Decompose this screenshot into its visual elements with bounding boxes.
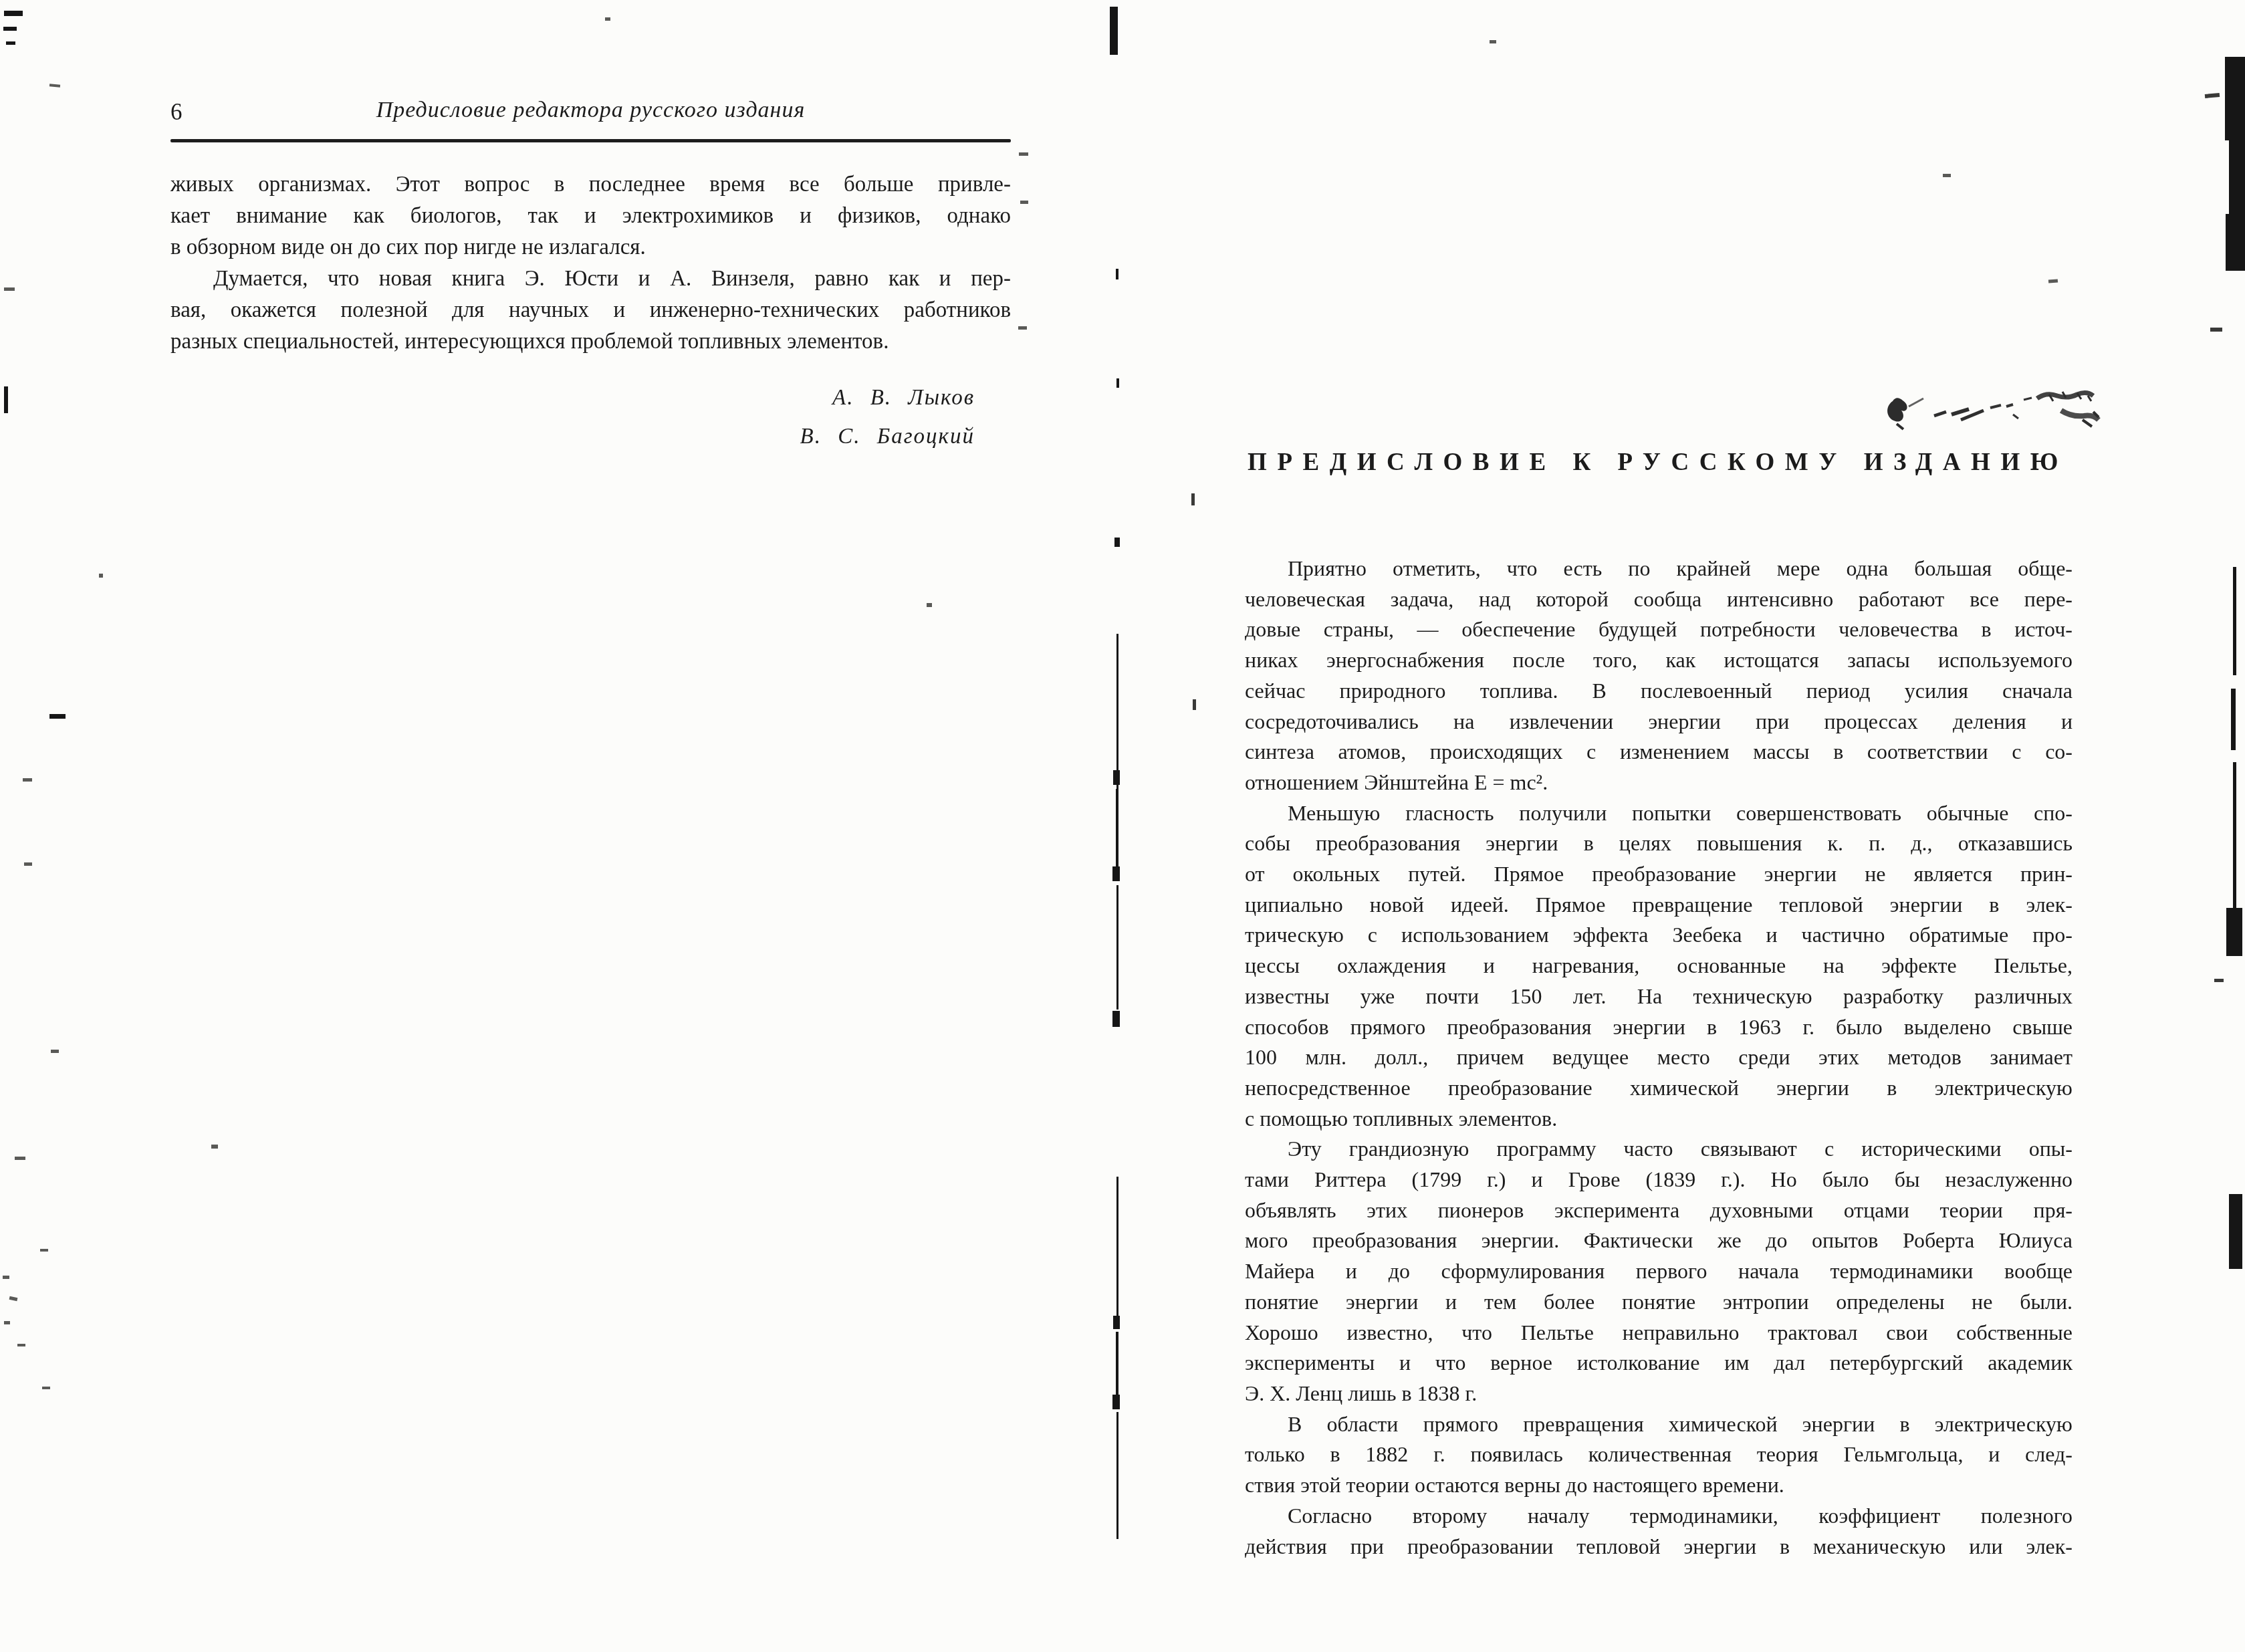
text-line: 100 млн. долл., причем ведущее место сре… <box>1245 1042 2073 1073</box>
signature-block: А. В. Лыков В. С. Багоцкий <box>170 378 975 456</box>
paragraph: Приятно отметить, что есть по крайней ме… <box>1245 554 2073 798</box>
edge-mark <box>2214 979 2224 982</box>
paragraph: Эту грандиозную программу часто связываю… <box>1245 1134 2073 1409</box>
text-line: понятие энергии и тем более понятие энтр… <box>1245 1287 2073 1318</box>
text-line: известны уже почти 150 лет. На техническ… <box>1245 981 2073 1012</box>
header-rule <box>170 139 1011 142</box>
text-line: способов прямого преобразования энергии … <box>1245 1012 2073 1043</box>
scan-speck <box>2048 279 2058 283</box>
text-line: довые страны, — обеспечение будущей потр… <box>1245 614 2073 645</box>
scan-speck <box>6 41 15 45</box>
edge-mark <box>2205 93 2220 98</box>
text-line: действия при преобразовании тепловой эне… <box>1245 1532 2073 1562</box>
gutter-line <box>1116 885 1118 1010</box>
text-line: сейчас природного топлива. В послевоенны… <box>1245 676 2073 707</box>
text-line: синтеза атомов, происходящих с изменение… <box>1245 737 2073 768</box>
edge-mark <box>2210 328 2222 332</box>
paragraph: Меньшую гласность получили попытки совер… <box>1245 798 2073 1135</box>
text-line: тами Риттера (1799 г.) и Грове (1839 г.)… <box>1245 1165 2073 1195</box>
running-head: Предисловие редактора русского издания <box>170 98 1011 123</box>
paragraph: живых организмах. Этот вопрос в последне… <box>170 169 1011 263</box>
scan-speck <box>927 603 932 607</box>
gutter-line <box>1116 789 1118 869</box>
text-line: с помощью топливных элементов. <box>1245 1104 2073 1135</box>
text-line: Майера и до сформулирования первого нача… <box>1245 1256 2073 1287</box>
gutter-smudge <box>1110 7 1118 55</box>
gutter-knot <box>1113 1316 1120 1329</box>
gutter-knot <box>1112 866 1120 881</box>
scan-speck <box>24 862 32 866</box>
gutter-knot <box>1113 770 1120 785</box>
scanned-book-spread: 6 Предисловие редактора русского издания… <box>0 0 2245 1652</box>
text-line: Думается, что новая книга Э. Юсти и А. В… <box>170 263 1011 295</box>
scan-speck <box>4 1321 10 1324</box>
scan-speck <box>9 1296 18 1301</box>
text-line: собы преобразования энергии в целях повы… <box>1245 828 2073 859</box>
scan-speck <box>3 27 17 31</box>
text-line: только в 1882 г. появилась количественна… <box>1245 1439 2073 1470</box>
gutter-tick <box>1114 538 1120 547</box>
text-line: непосредственное преобразование химическ… <box>1245 1073 2073 1104</box>
left-page-body: живых организмах. Этот вопрос в последне… <box>170 169 1011 358</box>
text-line: сосредоточивались на извлечении энергии … <box>1245 707 2073 737</box>
text-line: Меньшую гласность получили попытки совер… <box>1245 798 2073 829</box>
scan-speck <box>17 1344 25 1346</box>
scan-speck <box>51 1050 59 1053</box>
edge-blotch <box>2225 57 2245 140</box>
text-line: цессы охлаждения и нагревания, основанны… <box>1245 951 2073 981</box>
scan-speck <box>42 1387 50 1389</box>
text-line: Э. Х. Ленц лишь в 1838 г. <box>1245 1379 2073 1409</box>
scan-speck <box>15 1157 25 1160</box>
scan-speck <box>1193 699 1196 710</box>
gutter-line <box>1116 1332 1118 1396</box>
signature: А. В. Лыков <box>170 378 975 417</box>
scan-speck <box>4 11 23 16</box>
scan-speck <box>40 1249 48 1252</box>
text-line: разных специальностей, интересующихся пр… <box>170 326 1011 358</box>
gutter-knot <box>1112 1011 1120 1027</box>
text-line: от окольных путей. Прямое преобразование… <box>1245 859 2073 890</box>
gutter-line <box>1116 634 1118 789</box>
edge-blotch <box>2229 130 2245 224</box>
edge-blotch <box>2226 214 2245 271</box>
scan-speck <box>605 17 610 21</box>
scan-speck <box>3 1276 9 1279</box>
pencil-scribble-mark <box>1882 380 2103 433</box>
text-line: кает внимание как биологов, так и электр… <box>170 201 1011 232</box>
gutter-tick <box>1019 152 1028 156</box>
gutter-line <box>1116 1412 1118 1539</box>
text-line: отношением Эйнштейна E = mc². <box>1245 768 2073 798</box>
text-line: Хорошо известно, что Пельтье неправильно… <box>1245 1318 2073 1348</box>
scan-speck <box>4 287 15 291</box>
paragraph: В области прямого превращения химической… <box>1245 1409 2073 1501</box>
edge-streak <box>2231 689 2236 750</box>
scan-speck <box>211 1145 218 1149</box>
right-page-body: Приятно отметить, что есть по крайней ме… <box>1245 554 2073 1562</box>
text-line: Эту грандиозную программу часто связываю… <box>1245 1134 2073 1165</box>
gutter-tick <box>1018 326 1027 330</box>
signature: В. С. Багоцкий <box>170 417 975 456</box>
paragraph: Согласно второму началу термодинамики, к… <box>1245 1501 2073 1562</box>
text-line: ствия этой теории остаются верны до наст… <box>1245 1470 2073 1501</box>
left-page-header: 6 Предисловие редактора русского издания <box>170 98 1011 138</box>
text-line: Приятно отметить, что есть по крайней ме… <box>1245 554 2073 584</box>
gutter-tick <box>1020 201 1028 204</box>
edge-streak <box>2233 567 2236 675</box>
scan-speck <box>4 386 8 413</box>
edge-blotch <box>2229 1194 2242 1269</box>
text-line: ципиально новой идеей. Прямое превращени… <box>1245 890 2073 921</box>
scan-speck <box>49 84 60 87</box>
text-line: объявлять этих пионеров эксперимента дух… <box>1245 1195 2073 1226</box>
gutter-knot <box>1112 1395 1120 1409</box>
paragraph: Думается, что новая книга Э. Юсти и А. В… <box>170 263 1011 358</box>
edge-blotch <box>2226 908 2242 956</box>
scan-speck <box>99 574 103 578</box>
text-line: человеческая задача, над которой сообща … <box>1245 584 2073 615</box>
gutter-tick <box>1116 269 1118 279</box>
text-line: никах энергоснабжения после того, как ис… <box>1245 645 2073 676</box>
text-line: в обзорном виде он до сих пор нигде не и… <box>170 232 1011 263</box>
scan-speck <box>1490 40 1496 43</box>
text-line: вая, окажется полезной для научных и инж… <box>170 295 1011 326</box>
scan-speck <box>1191 493 1195 505</box>
text-line: живых организмах. Этот вопрос в последне… <box>170 169 1011 201</box>
text-line: В области прямого превращения химической… <box>1245 1409 2073 1440</box>
text-line: эксперименты и что верное истолкование и… <box>1245 1348 2073 1379</box>
scan-speck <box>23 778 32 782</box>
text-line: мого преобразования энергии. Фактически … <box>1245 1225 2073 1256</box>
gutter-tick <box>1116 378 1119 388</box>
chapter-heading: ПРЕДИСЛОВИЕ К РУССКОМУ ИЗДАНИЮ <box>1244 448 2073 477</box>
text-line: Согласно второму началу термодинамики, к… <box>1245 1501 2073 1532</box>
gutter-line <box>1116 1177 1118 1318</box>
text-line: трическую с использованием эффекта Зеебе… <box>1245 920 2073 951</box>
scan-speck <box>49 714 66 719</box>
scan-speck <box>1943 174 1951 177</box>
